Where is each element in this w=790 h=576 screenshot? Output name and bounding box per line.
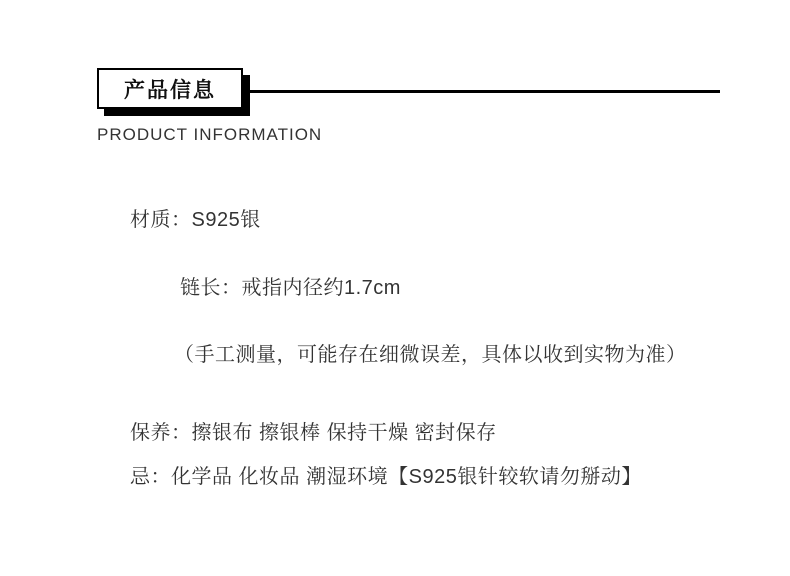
title-divider-line <box>250 90 720 93</box>
size-detail-text: 链长：戒指内径约1.7cm <box>180 271 401 300</box>
measurement-note-text: （手工测量，可能存在细微误差，具体以收到实物为准） <box>174 338 687 367</box>
product-info-title-cn: 产品信息 <box>124 74 216 104</box>
avoid-instructions-text: 忌：化学品 化妆品 潮湿环境【S925银针较软请勿掰动】 <box>130 460 642 489</box>
product-info-title-en: PRODUCT INFORMATION <box>97 125 322 145</box>
product-info-title-box: 产品信息 <box>97 68 243 109</box>
care-instructions-text: 保养：擦银布 擦银棒 保持干燥 密封保存 <box>130 416 497 445</box>
product-information-section: 产品信息 PRODUCT INFORMATION 材质：S925银 链长：戒指内… <box>0 0 790 576</box>
material-detail-text: 材质：S925银 <box>130 203 261 232</box>
